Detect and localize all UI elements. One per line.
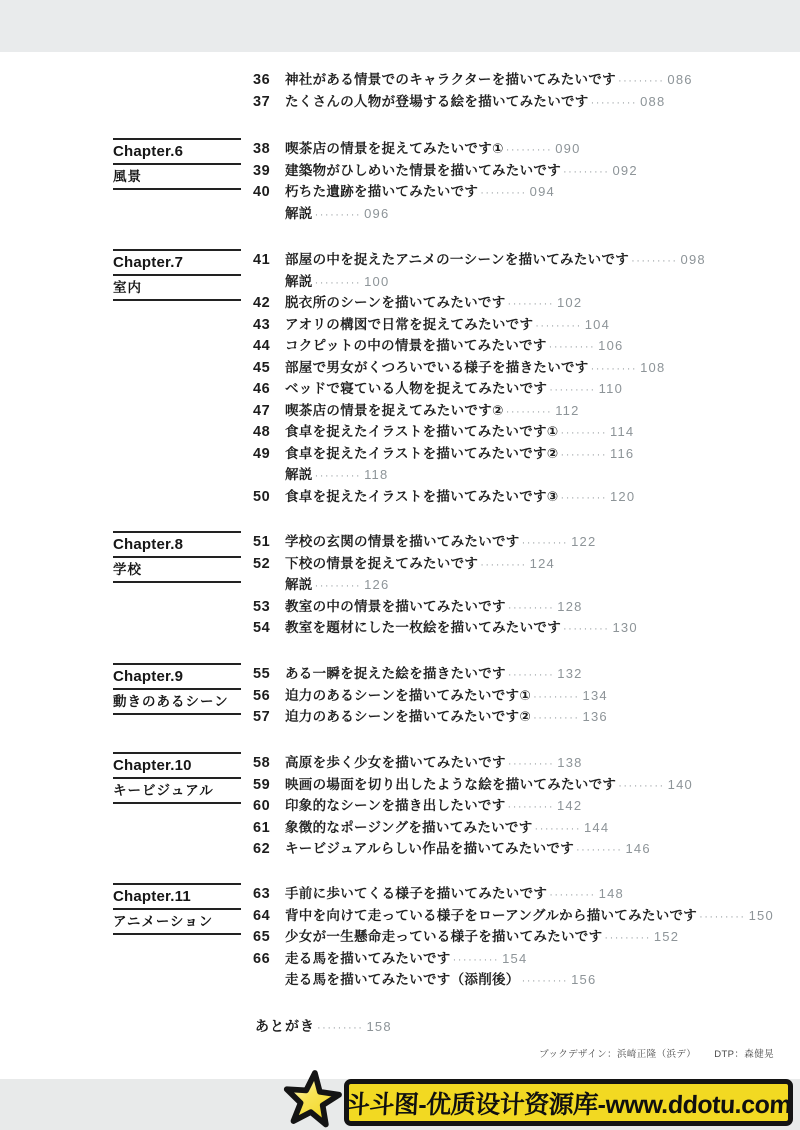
entry-number: 58 xyxy=(253,753,285,775)
dot-leader: ········· xyxy=(549,885,595,907)
toc-entry-row: 55ある一瞬を捉えた絵を描きたいです·········132 xyxy=(253,663,793,685)
entry-page: 150 xyxy=(749,905,774,927)
dot-leader: ········· xyxy=(563,162,609,184)
entry-number: 66 xyxy=(253,949,285,971)
entry-page: 152 xyxy=(654,926,679,948)
toc-entry-row: 解説·········118 xyxy=(253,464,793,486)
dot-leader: ········· xyxy=(591,359,637,381)
toc-group: Chapter.10キービジュアル58高原を歩く少女を描いてみたいです·····… xyxy=(113,752,793,860)
toc-group: Chapter.6風景38喫茶店の情景を捉えてみたいです①·········09… xyxy=(113,138,793,224)
toc-group: Chapter.8学校51学校の玄関の情景を描いてみたいです·········1… xyxy=(113,531,793,639)
entry-title: 喫茶店の情景を捉えてみたいです② xyxy=(285,400,504,422)
dot-leader: ········· xyxy=(535,819,581,841)
chapter-label: Chapter.9 xyxy=(113,663,241,688)
toc-entry-row: 解説·········100 xyxy=(253,271,793,293)
top-gray-band xyxy=(0,0,800,52)
entry-title: 学校の玄関の情景を描いてみたいです xyxy=(285,531,520,553)
credits: ブックデザイン：浜崎正隆（浜デ）DTP：森健晃 xyxy=(539,1046,774,1060)
dot-leader: ········· xyxy=(561,488,607,510)
entry-page: 102 xyxy=(557,292,582,314)
toc-entry-row: 走る馬を描いてみたいです（添削後）·········156 xyxy=(253,969,793,991)
toc-entry-row: 63手前に歩いてくる様子を描いてみたいです·········148 xyxy=(253,883,793,905)
entry-title: 少女が一生懸命走っている様子を描いてみたいです xyxy=(285,926,602,948)
toc-entry-row: 48食卓を捉えたイラストを描いてみたいです①·········114 xyxy=(253,421,793,443)
entry-title: ベッドで寝ている人物を捉えてみたいです xyxy=(285,378,547,400)
toc-entry-row: 44コクピットの中の情景を描いてみたいです·········106 xyxy=(253,335,793,357)
entry-number: 37 xyxy=(253,92,285,114)
chapter-rule xyxy=(113,802,241,804)
toc-entry-row: 59映画の場面を切り出したような絵を描いてみたいです·········140 xyxy=(253,774,793,796)
entry-number: 36 xyxy=(253,70,285,92)
entry-number: 63 xyxy=(253,884,285,906)
entry-number: 64 xyxy=(253,906,285,928)
entry-rows: 63手前に歩いてくる様子を描いてみたいです·········14864背中を向け… xyxy=(253,883,793,991)
chapter-block: Chapter.8学校 xyxy=(113,531,241,583)
entry-title: 解説 xyxy=(285,203,313,225)
star-icon xyxy=(276,1066,348,1130)
dot-leader: ········· xyxy=(563,619,609,641)
entry-number: 38 xyxy=(253,139,285,161)
entry-title: 手前に歩いてくる様子を描いてみたいです xyxy=(285,883,547,905)
entry-title: 解説 xyxy=(285,464,313,486)
entry-title: キービジュアルらしい作品を描いてみたいです xyxy=(285,838,574,860)
entry-number: 50 xyxy=(253,487,285,509)
entry-page: 108 xyxy=(640,357,665,379)
chapter-rule xyxy=(113,581,241,583)
entry-title: 迫力のあるシーンを描いてみたいです② xyxy=(285,706,531,728)
chapter-name: 動きのあるシーン xyxy=(113,688,241,713)
entry-page: 098 xyxy=(681,249,706,271)
entry-page: 142 xyxy=(557,795,582,817)
entry-title: 食卓を捉えたイラストを描いてみたいです③ xyxy=(285,486,559,508)
chapter-block: Chapter.11アニメーション xyxy=(113,883,241,935)
entry-number: 44 xyxy=(253,336,285,358)
dot-leader: ········· xyxy=(506,140,552,162)
entry-title: たくさんの人物が登場する絵を描いてみたいです xyxy=(285,91,589,113)
entry-number: 39 xyxy=(253,161,285,183)
entry-title: 教室を題材にした一枚絵を描いてみたいです xyxy=(285,617,561,639)
chapter-label: Chapter.7 xyxy=(113,249,241,274)
entry-number: 52 xyxy=(253,554,285,576)
dot-leader: ········· xyxy=(618,71,664,93)
toc-group: Chapter.7室内41部屋の中を捉えたアニメの一シーンを描いてみたいです··… xyxy=(113,249,793,507)
entry-rows: 36神社がある情景でのキャラクターを描いてみたいです·········08637… xyxy=(253,69,793,112)
dot-leader: ········· xyxy=(522,971,568,993)
watermark-text: 斗斗图-优质设计资源库-www.ddotu.com xyxy=(344,1085,792,1121)
toc-entry-row: 65少女が一生懸命走っている様子を描いてみたいです·········152 xyxy=(253,926,793,948)
entry-title: コクピットの中の情景を描いてみたいです xyxy=(285,335,547,357)
dot-leader: ········· xyxy=(618,776,664,798)
entry-page: 146 xyxy=(625,838,650,860)
dot-leader: ········· xyxy=(533,687,579,709)
entry-title: 食卓を捉えたイラストを描いてみたいです① xyxy=(285,421,559,443)
entry-number: 45 xyxy=(253,358,285,380)
entry-title: 朽ちた遺跡を描いてみたいです xyxy=(285,181,478,203)
entry-page: 104 xyxy=(585,314,610,336)
entry-title: 解説 xyxy=(285,574,313,596)
dot-leader: ········· xyxy=(315,576,361,598)
entry-page: 100 xyxy=(364,271,389,293)
toc-entry-row: 42脱衣所のシーンを描いてみたいです·········102 xyxy=(253,292,793,314)
entry-page: 126 xyxy=(364,574,389,596)
dot-leader: ········· xyxy=(506,402,552,424)
chapter-name: 学校 xyxy=(113,556,241,581)
dot-leader: ········· xyxy=(604,928,650,950)
entry-title: 神社がある情景でのキャラクターを描いてみたいです xyxy=(285,69,616,91)
toc-entry-row: 45部屋で男女がくつろいでいる様子を描きたいです·········108 xyxy=(253,357,793,379)
entry-title: アオリの構図で日常を捉えてみたいです xyxy=(285,314,533,336)
entry-page: 106 xyxy=(598,335,623,357)
entry-title: 背中を向けて走っている様子をローアングルから描いてみたいです xyxy=(285,905,697,927)
dot-leader: ········· xyxy=(315,466,361,488)
entry-rows: 51学校の玄関の情景を描いてみたいです·········12252下校の情景を捉… xyxy=(253,531,793,639)
chapter-rule xyxy=(113,299,241,301)
toc-entry-row: 43アオリの構図で日常を捉えてみたいです·········104 xyxy=(253,314,793,336)
toc-entry-row: 58高原を歩く少女を描いてみたいです·········138 xyxy=(253,752,793,774)
toc-entry-row: 解説·········096 xyxy=(253,203,793,225)
dot-leader: ········· xyxy=(508,598,554,620)
dot-leader: ········· xyxy=(561,423,607,445)
entry-number: 53 xyxy=(253,597,285,619)
dot-leader: ········· xyxy=(453,950,499,972)
dot-leader: ········· xyxy=(508,665,554,687)
entry-number: 59 xyxy=(253,775,285,797)
entry-page: 122 xyxy=(571,531,596,553)
credit-dtp: DTP：森健晃 xyxy=(714,1049,774,1060)
toc-entry-row: 36神社がある情景でのキャラクターを描いてみたいです·········086 xyxy=(253,69,793,91)
entry-page: 086 xyxy=(667,69,692,91)
entry-page: 148 xyxy=(599,883,624,905)
entry-title: 解説 xyxy=(285,271,313,293)
entry-page: 136 xyxy=(583,706,608,728)
dot-leader: ········· xyxy=(535,316,581,338)
entry-number: 49 xyxy=(253,444,285,466)
toc-entry-row: 53教室の中の情景を描いてみたいです·········128 xyxy=(253,596,793,618)
afterword-title: あとがき xyxy=(255,1016,315,1038)
dot-leader: ········· xyxy=(315,205,361,227)
toc-entry-row: 39建築物がひしめいた情景を描いてみたいです·········092 xyxy=(253,160,793,182)
entry-page: 154 xyxy=(502,948,527,970)
entry-page: 088 xyxy=(640,91,665,113)
toc-group: Chapter.11アニメーション63手前に歩いてくる様子を描いてみたいです··… xyxy=(113,883,793,991)
entry-rows: 38喫茶店の情景を捉えてみたいです①·········09039建築物がひしめい… xyxy=(253,138,793,224)
entry-title: 建築物がひしめいた情景を描いてみたいです xyxy=(285,160,561,182)
chapter-block: Chapter.10キービジュアル xyxy=(113,752,241,804)
dot-leader: ········· xyxy=(591,93,637,115)
entry-page: 140 xyxy=(668,774,693,796)
entry-number: 40 xyxy=(253,182,285,204)
entry-page: 120 xyxy=(610,486,635,508)
toc-entry-row: 56迫力のあるシーンを描いてみたいです①·········134 xyxy=(253,685,793,707)
toc-entry-row: 57迫力のあるシーンを描いてみたいです②·········136 xyxy=(253,706,793,728)
entry-title: ある一瞬を捉えた絵を描きたいです xyxy=(285,663,506,685)
toc-entry-row: 54教室を題材にした一枚絵を描いてみたいです·········130 xyxy=(253,617,793,639)
entry-number: 54 xyxy=(253,618,285,640)
entry-page: 096 xyxy=(364,203,389,225)
entry-number: 60 xyxy=(253,796,285,818)
entry-title: 走る馬を描いてみたいです xyxy=(285,948,451,970)
entry-title: 下校の情景を捉えてみたいです xyxy=(285,553,478,575)
dot-leader: ········· xyxy=(317,1018,363,1040)
entry-page: 132 xyxy=(557,663,582,685)
toc-entry-row: 52下校の情景を捉えてみたいです·········124 xyxy=(253,553,793,575)
entry-number: 51 xyxy=(253,532,285,554)
toc-entry-row: 38喫茶店の情景を捉えてみたいです①·········090 xyxy=(253,138,793,160)
entry-number: 65 xyxy=(253,927,285,949)
watermark-banner: 斗斗图-优质设计资源库-www.ddotu.com xyxy=(344,1079,793,1126)
chapter-block: Chapter.9動きのあるシーン xyxy=(113,663,241,715)
toc-entry-row: 64背中を向けて走っている様子をローアングルから描いてみたいです········… xyxy=(253,905,793,927)
entry-title: 象徴的なポージングを描いてみたいです xyxy=(285,817,533,839)
entry-rows: 41部屋の中を捉えたアニメの一シーンを描いてみたいです·········098解… xyxy=(253,249,793,507)
entry-number: 42 xyxy=(253,293,285,315)
toc-group: 36神社がある情景でのキャラクターを描いてみたいです·········08637… xyxy=(113,69,793,112)
chapter-rule xyxy=(113,188,241,190)
entry-number: 57 xyxy=(253,707,285,729)
toc-entry-row: 47喫茶店の情景を捉えてみたいです②·········112 xyxy=(253,400,793,422)
dot-leader: ········· xyxy=(631,251,677,273)
entry-title: 部屋の中を捉えたアニメの一シーンを描いてみたいです xyxy=(285,249,629,271)
afterword-row: あとがき ········· 158 xyxy=(255,1016,392,1038)
toc-group: Chapter.9動きのあるシーン55ある一瞬を捉えた絵を描きたいです·····… xyxy=(113,663,793,728)
entry-number: 41 xyxy=(253,250,285,272)
entry-page: 134 xyxy=(583,685,608,707)
entry-page: 112 xyxy=(555,400,579,422)
toc-entry-row: 62キービジュアルらしい作品を描いてみたいです·········146 xyxy=(253,838,793,860)
chapter-label: Chapter.10 xyxy=(113,752,241,777)
entry-number: 56 xyxy=(253,686,285,708)
entry-number: 61 xyxy=(253,818,285,840)
toc-entry-row: 46ベッドで寝ている人物を捉えてみたいです·········110 xyxy=(253,378,793,400)
entry-number: 43 xyxy=(253,315,285,337)
entry-title: 教室の中の情景を描いてみたいです xyxy=(285,596,506,618)
dot-leader: ········· xyxy=(522,533,568,555)
afterword-page: 158 xyxy=(366,1016,391,1038)
chapter-label: Chapter.8 xyxy=(113,531,241,556)
toc-entry-row: 50食卓を捉えたイラストを描いてみたいです③·········120 xyxy=(253,486,793,508)
entry-title: 部屋で男女がくつろいでいる様子を描きたいです xyxy=(285,357,589,379)
entry-page: 110 xyxy=(599,378,623,400)
dot-leader: ········· xyxy=(480,183,526,205)
entry-number: 62 xyxy=(253,839,285,861)
chapter-block: Chapter.6風景 xyxy=(113,138,241,190)
toc-entry-row: 61象徴的なポージングを描いてみたいです·········144 xyxy=(253,817,793,839)
credit-book-design: ブックデザイン：浜崎正隆（浜デ） xyxy=(539,1049,696,1060)
entry-page: 130 xyxy=(612,617,637,639)
entry-page: 128 xyxy=(557,596,582,618)
toc-entry-row: 66走る馬を描いてみたいです·········154 xyxy=(253,948,793,970)
chapter-name: キービジュアル xyxy=(113,777,241,802)
entry-page: 116 xyxy=(610,443,634,465)
entry-title: 高原を歩く少女を描いてみたいです xyxy=(285,752,506,774)
entry-title: 迫力のあるシーンを描いてみたいです① xyxy=(285,685,531,707)
entry-title: 脱衣所のシーンを描いてみたいです xyxy=(285,292,506,314)
chapter-block: Chapter.7室内 xyxy=(113,249,241,301)
chapter-label: Chapter.6 xyxy=(113,138,241,163)
toc-page: 36神社がある情景でのキャラクターを描いてみたいです·········08637… xyxy=(0,0,800,1130)
dot-leader: ········· xyxy=(549,337,595,359)
entry-page: 094 xyxy=(530,181,555,203)
chapter-name: 室内 xyxy=(113,274,241,299)
entry-title: 食卓を捉えたイラストを描いてみたいです② xyxy=(285,443,559,465)
dot-leader: ········· xyxy=(699,907,745,929)
entry-number: 47 xyxy=(253,401,285,423)
toc-entry-row: 41部屋の中を捉えたアニメの一シーンを描いてみたいです·········098 xyxy=(253,249,793,271)
toc-entry-row: 51学校の玄関の情景を描いてみたいです·········122 xyxy=(253,531,793,553)
dot-leader: ········· xyxy=(533,708,579,730)
entry-page: 144 xyxy=(584,817,609,839)
dot-leader: ········· xyxy=(508,797,554,819)
entry-page: 118 xyxy=(364,464,388,486)
toc-entry-row: 49食卓を捉えたイラストを描いてみたいです②·········116 xyxy=(253,443,793,465)
dot-leader: ········· xyxy=(315,273,361,295)
entry-title: 印象的なシーンを描き出したいです xyxy=(285,795,506,817)
entry-rows: 58高原を歩く少女を描いてみたいです·········13859映画の場面を切り… xyxy=(253,752,793,860)
toc-entry-row: 40朽ちた遺跡を描いてみたいです·········094 xyxy=(253,181,793,203)
chapter-name: アニメーション xyxy=(113,908,241,933)
toc-entry-row: 37たくさんの人物が登場する絵を描いてみたいです·········088 xyxy=(253,91,793,113)
dot-leader: ········· xyxy=(508,294,554,316)
dot-leader: ········· xyxy=(549,380,595,402)
entry-page: 124 xyxy=(530,553,555,575)
chapter-rule xyxy=(113,713,241,715)
toc-entry-row: 60印象的なシーンを描き出したいです·········142 xyxy=(253,795,793,817)
dot-leader: ········· xyxy=(480,555,526,577)
entry-number: 55 xyxy=(253,664,285,686)
dot-leader: ········· xyxy=(576,840,622,862)
chapter-rule xyxy=(113,933,241,935)
entry-page: 090 xyxy=(555,138,580,160)
chapter-name: 風景 xyxy=(113,163,241,188)
entry-title: 映画の場面を切り出したような絵を描いてみたいです xyxy=(285,774,616,796)
entry-title: 走る馬を描いてみたいです（添削後） xyxy=(285,969,520,991)
entry-page: 092 xyxy=(612,160,637,182)
entry-number: 46 xyxy=(253,379,285,401)
dot-leader: ········· xyxy=(508,754,554,776)
entry-page: 138 xyxy=(557,752,582,774)
entry-page: 156 xyxy=(571,969,596,991)
entry-rows: 55ある一瞬を捉えた絵を描きたいです·········13256迫力のあるシーン… xyxy=(253,663,793,728)
chapter-label: Chapter.11 xyxy=(113,883,241,908)
entry-page: 114 xyxy=(610,421,634,443)
dot-leader: ········· xyxy=(561,445,607,467)
entry-number: 48 xyxy=(253,422,285,444)
entry-title: 喫茶店の情景を捉えてみたいです① xyxy=(285,138,504,160)
toc-entry-row: 解説·········126 xyxy=(253,574,793,596)
